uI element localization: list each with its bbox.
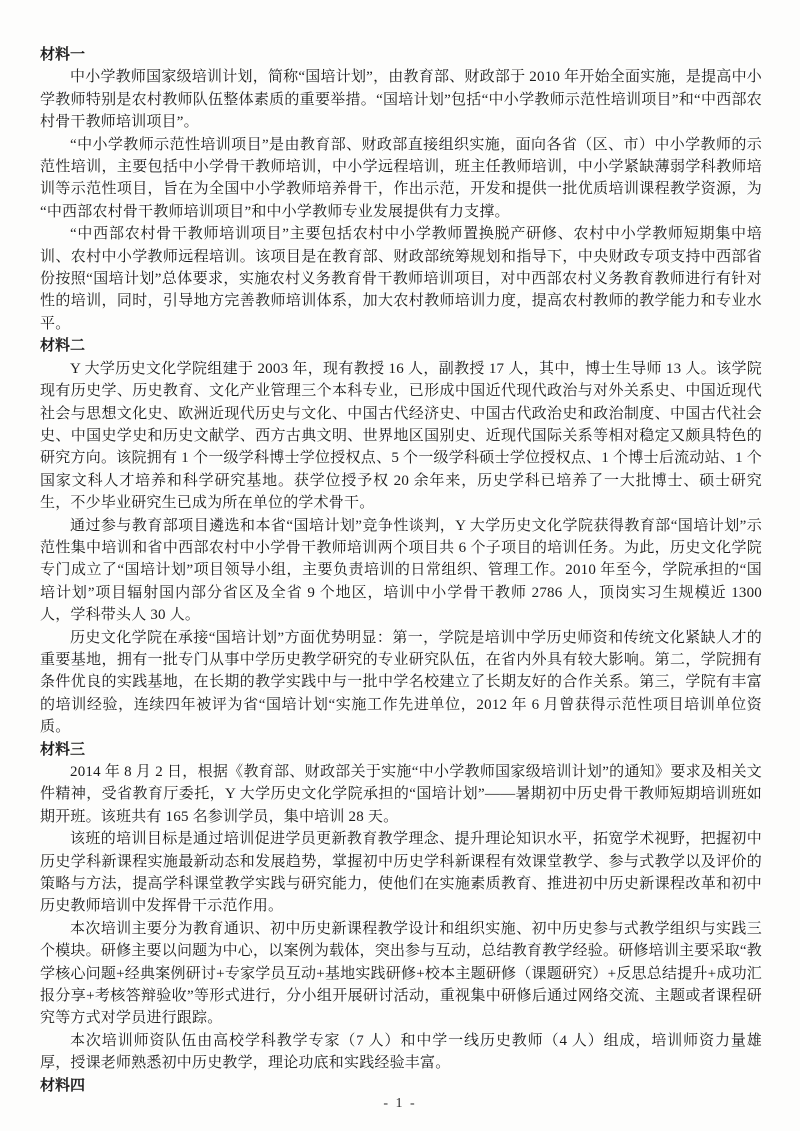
- section-material-1: 材料一 中小学教师国家级培训计划，简称“国培计划”，由教育部、财政部于 2010…: [40, 44, 762, 335]
- section-material-2: 材料二 Y 大学历史文化学院组建于 2003 年，现有教授 16 人，副教授 1…: [40, 335, 762, 738]
- section-heading: 材料三: [40, 739, 762, 761]
- section-heading: 材料二: [40, 335, 762, 357]
- paragraph: “中西部农村骨干教师培训项目”主要包括农村中小学教师置换脱产研修、农村中小学教师…: [40, 223, 762, 335]
- paragraph: 本次培训师资队伍由高校学科教学专家（7 人）和中学一线历史教师（4 人）组成，培…: [40, 1030, 762, 1075]
- paragraph: Y 大学历史文化学院组建于 2003 年，现有教授 16 人，副教授 17 人，…: [40, 358, 762, 515]
- document-page: 材料一 中小学教师国家级培训计划，简称“国培计划”，由教育部、财政部于 2010…: [0, 0, 800, 1131]
- paragraph: 2014 年 8 月 2 日，根据《教育部、财政部关于实施“中小学教师国家级培训…: [40, 761, 762, 828]
- section-heading: 材料一: [40, 44, 762, 66]
- section-material-3: 材料三 2014 年 8 月 2 日，根据《教育部、财政部关于实施“中小学教师国…: [40, 739, 762, 1075]
- paragraph: 历史文化学院在承接“国培计划”方面优势明显：第一，学院是培训中学历史师资和传统文…: [40, 627, 762, 739]
- paragraph: 该班的培训目标是通过培训促进学员更新教育教学理念、提升理论知识水平，拓宽学术视野…: [40, 828, 762, 918]
- page-number: - 1 -: [0, 1093, 800, 1115]
- paragraph: “中小学教师示范性培训项目”是由教育部、财政部直接组织实施，面向各省（区、市）中…: [40, 134, 762, 224]
- paragraph: 通过参与教育部项目遴选和本省“国培计划”竞争性谈判，Y 大学历史文化学院获得教育…: [40, 515, 762, 627]
- paragraph: 中小学教师国家级培训计划，简称“国培计划”，由教育部、财政部于 2010 年开始…: [40, 66, 762, 133]
- paragraph: 本次培训主要分为教育通识、初中历史新课程教学设计和组织实施、初中历史参与式教学组…: [40, 918, 762, 1030]
